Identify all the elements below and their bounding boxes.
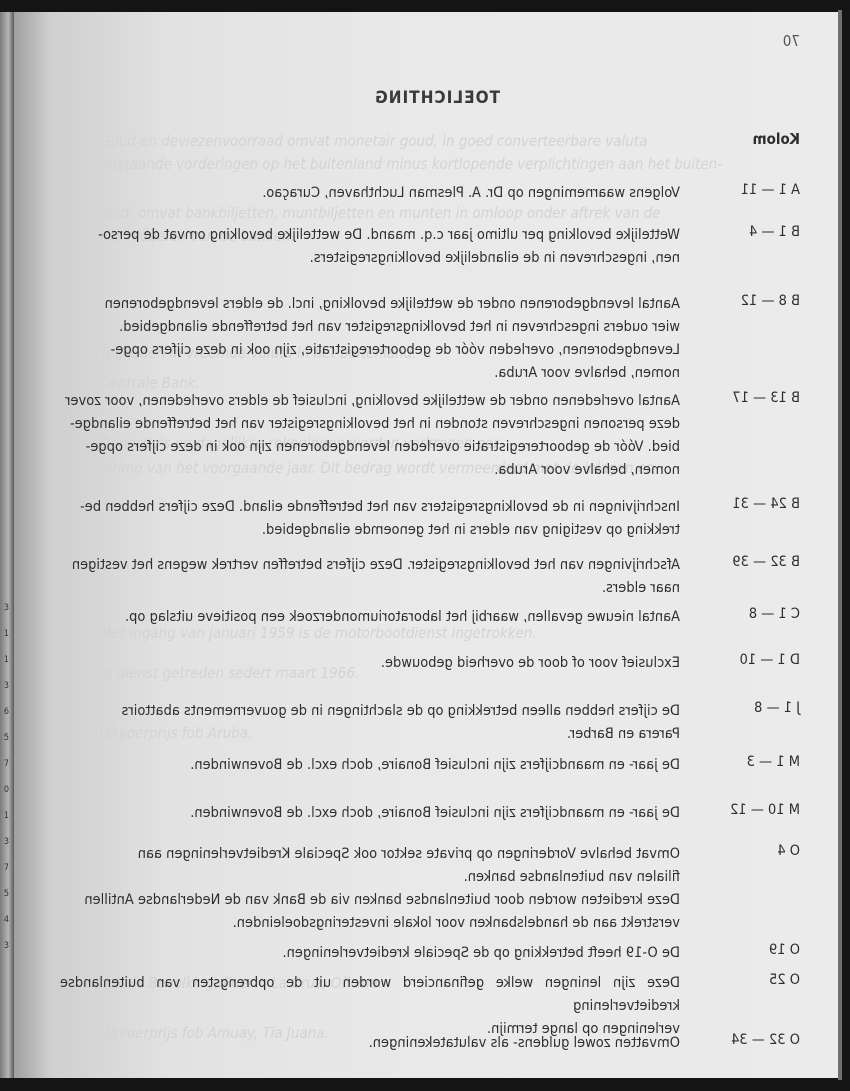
note-line: Volgens waarnemingen op Dr. A. Plesman L… — [60, 182, 680, 205]
note-line: deze personen ingeschreven stonden in he… — [60, 413, 680, 436]
note-line: nomen, behalve voor Aruba. — [60, 459, 680, 482]
column-reference: A 1 — 11 — [680, 182, 800, 198]
note-line: Exclusief voor of door de overheid gebou… — [60, 652, 680, 675]
note-line: De jaar- en maandcijfers zijn inclusief … — [60, 754, 680, 777]
page-title: TOELICHTING — [374, 88, 500, 108]
note-text: Aantal nieuwe gevallen, waarbij het labo… — [60, 606, 680, 629]
note-line: Omvatten zowel guldens- als valutatekeni… — [60, 1032, 680, 1055]
book-binding-edge: 31136570137543 — [0, 12, 14, 1078]
note-line: De O-19 heeft betrekking op de Speciale … — [60, 942, 680, 965]
note-line: Omvat behalve Vorderingen op private sek… — [60, 843, 680, 866]
note-text: Inschrijvingen in de bevolkingsregisters… — [60, 496, 680, 542]
note-text: De jaar- en maandcijfers zijn inclusief … — [60, 754, 680, 777]
column-reference: B 8 — 12 — [680, 293, 800, 309]
binding-mark: 3 — [2, 680, 11, 692]
note-text: De jaar- en maandcijfers zijn inclusief … — [60, 802, 680, 825]
note-line: nen, ingeschreven in de eilandelijke bev… — [60, 247, 680, 270]
note-line: De jaar- en maandcijfers zijn inclusief … — [60, 802, 680, 825]
column-reference: B 24 — 31 — [680, 496, 800, 512]
note-text: Omvatten zowel guldens- als valutatekeni… — [60, 1032, 680, 1055]
note-line: Deze zijn leningen welke gefinancierd wo… — [60, 972, 680, 1018]
page-number: 70 — [783, 32, 800, 50]
note-text: Exclusief voor of door de overheid gebou… — [60, 652, 680, 675]
binding-mark: 1 — [2, 628, 11, 640]
page-edge — [838, 10, 842, 1080]
note-line: wier ouders ingeschreven in het bevolkin… — [60, 316, 680, 339]
mirrored-page-content: 70 TOELICHTING Kolom A 1 — 11Volgens waa… — [10, 12, 838, 1078]
note-line: Levendgeborenen, overleden vóór de geboo… — [60, 339, 680, 362]
column-reference: O 25 — [680, 972, 800, 988]
column-reference: C 1 — 8 — [680, 606, 800, 622]
binding-mark: 6 — [2, 706, 11, 718]
note-line: verstrekt aan de handelsbanken voor loka… — [60, 912, 680, 935]
note-line: trekking op vestiging van elders in het … — [60, 519, 680, 542]
binding-mark: 0 — [2, 784, 11, 796]
note-line: Afschrijvingen van het bevolkingsregiste… — [60, 554, 680, 577]
column-reference: O 32 — 34 — [680, 1032, 800, 1048]
note-text: Omvat behalve Vorderingen op private sek… — [60, 843, 680, 935]
note-text: Volgens waarnemingen op Dr. A. Plesman L… — [60, 182, 680, 205]
binding-mark: 1 — [2, 810, 11, 822]
note-text: Deze zijn leningen welke gefinancierd wo… — [60, 972, 680, 1041]
note-line: filialen van buitenlandse banken. — [60, 866, 680, 889]
note-text: Wettelijke bevolking per ultimo jaar c.q… — [60, 224, 680, 270]
note-text: Afschrijvingen van het bevolkingsregiste… — [60, 554, 680, 600]
column-reference: B 1 — 4 — [680, 224, 800, 240]
column-reference: M 10 — 12 — [680, 802, 800, 818]
column-reference: B 32 — 39 — [680, 554, 800, 570]
note-text: De cijfers hebben alleen betrekking op d… — [60, 700, 680, 746]
note-text: Aantal levendgeborenen onder de wettelij… — [60, 293, 680, 385]
binding-mark: 7 — [2, 758, 11, 770]
binding-mark: 5 — [2, 732, 11, 744]
note-line: Wettelijke bevolking per ultimo jaar c.q… — [60, 224, 680, 247]
binding-mark: 4 — [2, 914, 11, 926]
column-reference: D 1 — 10 — [680, 652, 800, 668]
binding-mark: 5 — [2, 888, 11, 900]
binding-mark: 7 — [2, 862, 11, 874]
note-line: nomen, behalve voor Aruba. — [60, 362, 680, 385]
binding-mark: 3 — [2, 602, 11, 614]
note-line: Inschrijvingen in de bevolkingsregisters… — [60, 496, 680, 519]
binding-mark: 1 — [2, 654, 11, 666]
column-reference: O 4 — [680, 843, 800, 859]
column-reference: J 1 — 8 — [680, 700, 800, 716]
note-text: Aantal overledenen onder de wettelijke b… — [60, 390, 680, 482]
note-line: Parera en Barber. — [60, 723, 680, 746]
note-line: Deze kredieten worden door buitenlandse … — [60, 889, 680, 912]
binding-mark: 3 — [2, 836, 11, 848]
note-line: De cijfers hebben alleen betrekking op d… — [60, 700, 680, 723]
column-header: Kolom — [753, 130, 800, 148]
binding-mark: 3 — [2, 940, 11, 952]
column-reference: M 1 — 3 — [680, 754, 800, 770]
note-line: Aantal nieuwe gevallen, waarbij het labo… — [60, 606, 680, 629]
note-text: De O-19 heeft betrekking op de Speciale … — [60, 942, 680, 965]
note-line: Aantal overledenen onder de wettelijke b… — [60, 390, 680, 413]
note-line: Aantal levendgeborenen onder de wettelij… — [60, 293, 680, 316]
column-reference: B 13 — 17 — [680, 390, 800, 406]
scanned-page: Goud en deviezenvoorraad omvat monetair … — [10, 12, 838, 1078]
note-line: bied. Vóór de geboorteregistratie overle… — [60, 436, 680, 459]
note-line: naar elders. — [60, 577, 680, 600]
column-reference: O 19 — [680, 942, 800, 958]
